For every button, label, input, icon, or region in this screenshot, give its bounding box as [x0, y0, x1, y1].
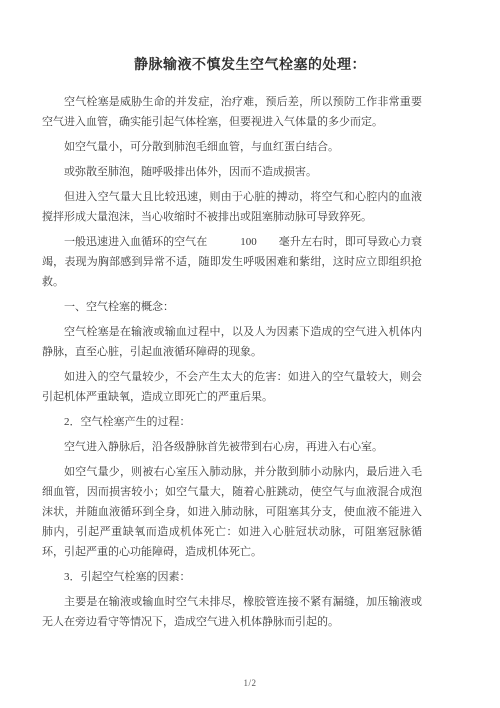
paragraph-concept-severity: 如进入的空气量较少，不会产生太大的危害：如进入的空气量较大，则会引起机体严重缺氧…	[42, 367, 422, 407]
paragraph-causes-detail: 主要是在输液或输血时空气未排尽，橡胶管连接不紧有漏缝，加压输液或无人在旁边看守等…	[42, 592, 422, 632]
paragraph-diffuse-to-alveoli: 或弥散至肺泡，随呼吸排出体外，因而不造成损害。	[42, 162, 422, 182]
document-body: 空气栓塞是威胁生命的并发症，治疗难，预后差，所以预防工作非常重要空气进入血管，确…	[42, 92, 422, 632]
section-heading-process: 2．空气栓塞产生的过程：	[42, 412, 422, 432]
document-page: 静脉输液不慎发生空气栓塞的处理： 空气栓塞是威胁生命的并发症，治疗难，预后差，所…	[0, 0, 500, 708]
paragraph-large-air-volume: 但进入空气量大且比较迅速，则由于心脏的搏动，将空气和心腔内的血液搅拌形成大量泡沫…	[42, 187, 422, 227]
paragraph-overview: 空气栓塞是威胁生命的并发症，治疗难，预后差，所以预防工作非常重要空气进入血管，确…	[42, 92, 422, 132]
paragraph-process-path: 空气进入静脉后，沿各级静脉首先被带到右心房，再进入右心室。	[42, 437, 422, 457]
page-number-indicator: 1/2	[0, 678, 500, 688]
section-heading-concept: 一、空气栓塞的概念：	[42, 297, 422, 317]
section-heading-causes: 3．引起空气栓塞的因素：	[42, 567, 422, 587]
paragraph-concept-definition: 空气栓塞是在输液或输血过程中，以及人为因素下造成的空气进入机体内静脉，直至心脏，…	[42, 322, 422, 362]
paragraph-100ml-threshold: 一般迅速进入血循环的空气在 100 毫升左右时，即可导致心力衰竭，表现为胸部感到…	[42, 232, 422, 292]
paragraph-small-air-volume: 如空气量小，可分散到肺泡毛细血管，与血红蛋白结合。	[42, 137, 422, 157]
paragraph-process-detail: 如空气量少，则被右心室压入肺动脉，并分散到肺小动脉内，最后进入毛细血管，因而损害…	[42, 462, 422, 562]
document-title: 静脉输液不慎发生空气栓塞的处理：	[0, 0, 500, 77]
